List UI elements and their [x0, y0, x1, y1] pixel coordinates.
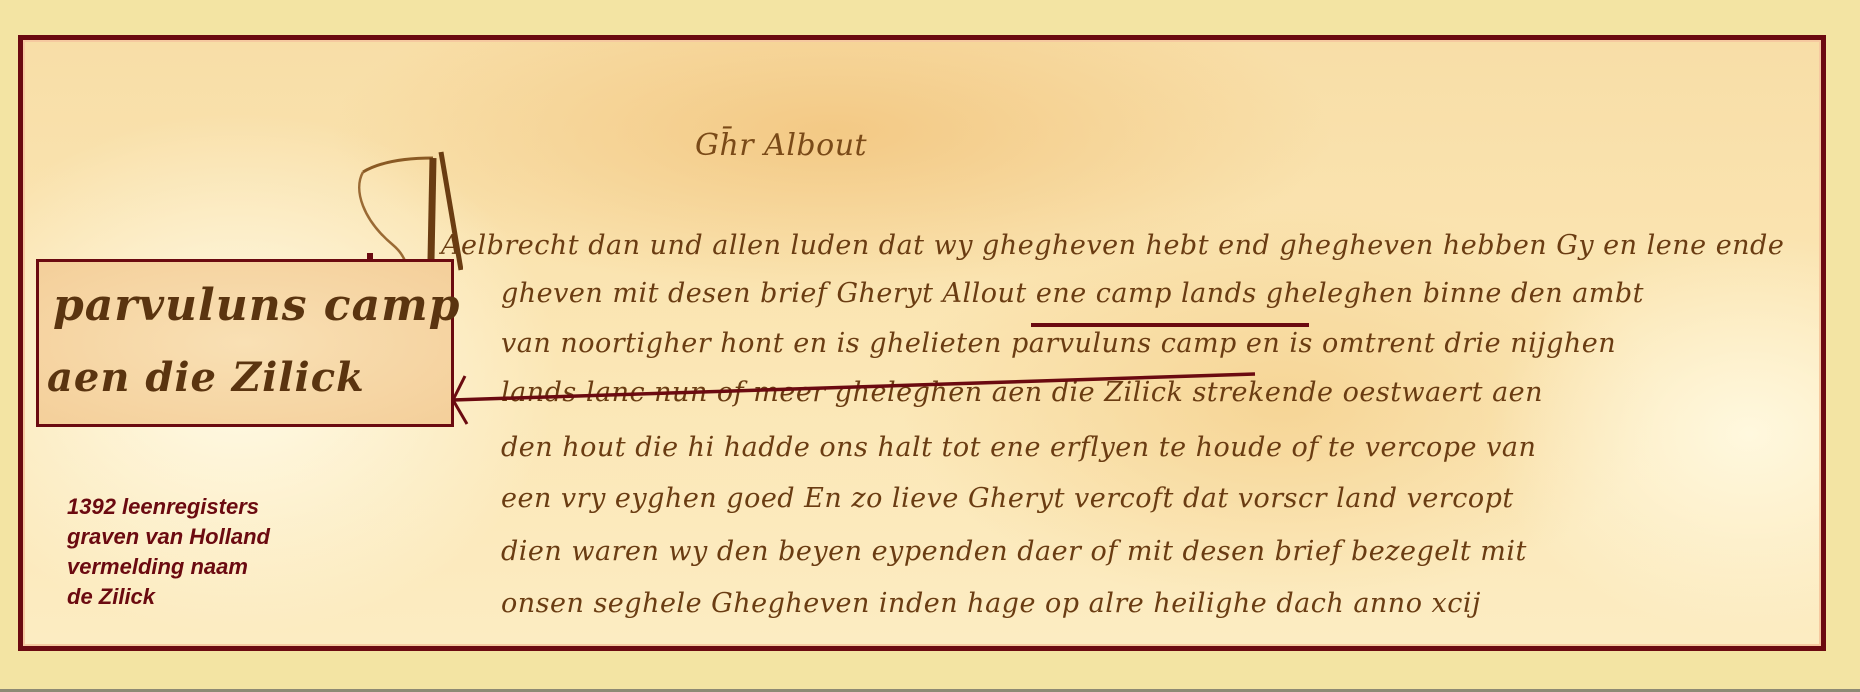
manuscript-line-3: van noortigher hont en is ghelieten parv… [501, 328, 1616, 359]
manuscript-heading: Gh̄r Albout [695, 128, 867, 163]
zoomed-excerpt-line-1: parvuluns camp [53, 280, 460, 331]
caption-line-2: graven van Holland [67, 522, 270, 552]
underline-parvuluns-camp [1031, 323, 1309, 327]
caption-line-4: de Zilick [67, 582, 270, 612]
manuscript-line-2: gheven mit desen brief Gheryt Allout ene… [501, 278, 1644, 309]
manuscript-line-1: Aelbrecht dan und allen luden dat wy ghe… [441, 230, 1784, 261]
manuscript-line-5: den hout die hi hadde ons halt tot ene e… [501, 432, 1536, 463]
manuscript-line-4: lands lanc nun of meer gheleghen aen die… [501, 377, 1543, 408]
manuscript-frame: Gh̄r Albout cc ppbn Aelbrecht dan und al… [18, 35, 1826, 651]
zoomed-excerpt-line-2: aen die Zilick [47, 354, 365, 401]
caption: 1392 leenregisters graven van Holland ve… [67, 492, 270, 612]
manuscript-line-8: onsen seghele Ghegheven inden hage op al… [501, 588, 1481, 619]
zoomed-excerpt-box: parvuluns camp aen die Zilick [36, 259, 454, 427]
caption-line-1: 1392 leenregisters [67, 492, 270, 522]
manuscript-line-6: een vry eyghen goed En zo lieve Gheryt v… [501, 483, 1514, 514]
manuscript-line-7: dien waren wy den beyen eypenden daer of… [501, 536, 1527, 567]
caption-line-3: vermelding naam [67, 552, 270, 582]
